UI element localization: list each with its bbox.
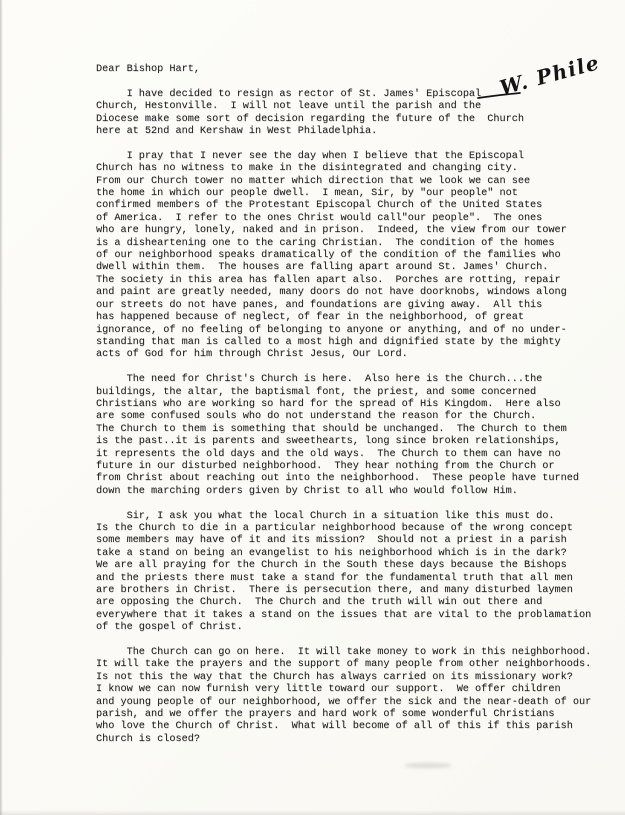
paragraph-question-to-bishop: Sir, I ask you what the local Church in …: [96, 511, 606, 635]
scan-smudge-artifact: [404, 763, 452, 768]
letter-body: Dear Bishop Hart, I have decided to resi…: [96, 64, 606, 746]
salutation: Dear Bishop Hart,: [96, 64, 606, 76]
scan-edge-artifact: [0, 810, 625, 815]
paragraph-resignation: I have decided to resign as rector of St…: [96, 89, 606, 139]
letter-page: Dear Bishop Hart, I have decided to resi…: [0, 0, 625, 815]
paragraph-witness-city: I pray that I never see the day when I b…: [96, 151, 606, 362]
paragraph-need-for-church: The need for Christ's Church is here. Al…: [96, 374, 606, 498]
paragraph-church-can-go-on: The Church can go on here. It will take …: [96, 647, 606, 746]
scan-edge-artifact: [0, 0, 3, 815]
